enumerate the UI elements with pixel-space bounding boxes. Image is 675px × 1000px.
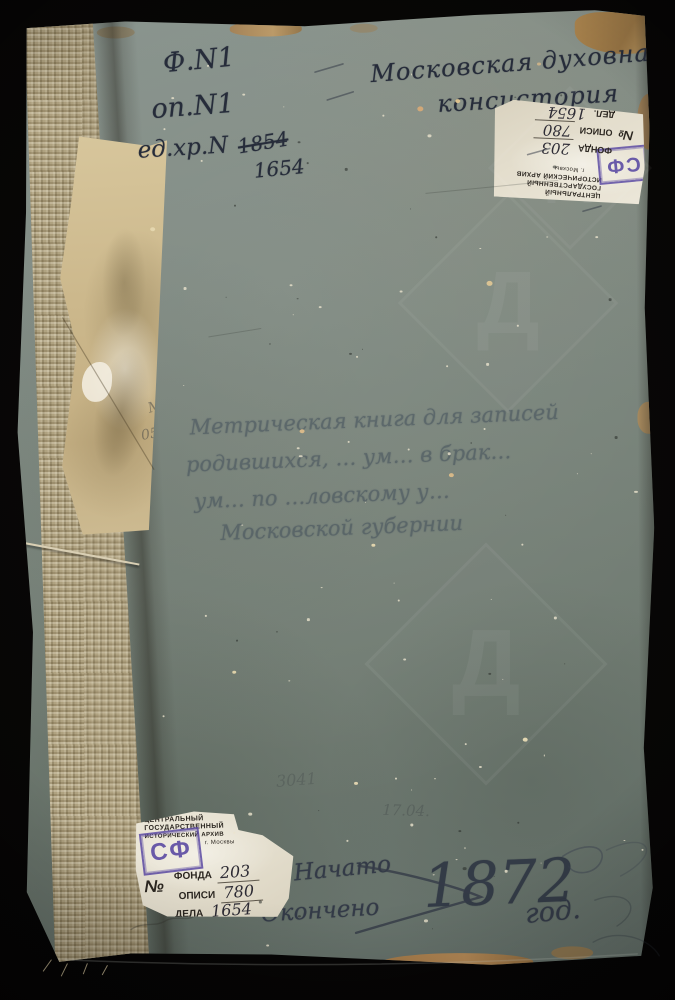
speckle	[150, 227, 155, 231]
speckle	[432, 928, 433, 929]
watermark-letter: Д	[547, 131, 593, 205]
speckle	[231, 900, 232, 901]
speckle	[432, 874, 434, 876]
speckle	[183, 288, 186, 290]
speckle	[410, 823, 413, 826]
speckle	[345, 168, 348, 171]
speckle	[299, 455, 302, 458]
speckle	[205, 615, 207, 616]
speckle	[356, 355, 358, 357]
speckle	[258, 900, 261, 903]
speckle	[614, 436, 617, 439]
pencil-date-note: 17.04.	[382, 801, 430, 820]
burlap-fray	[43, 960, 107, 976]
pencil-number-note: 3041	[275, 769, 317, 791]
speckle	[234, 204, 236, 206]
speckle	[395, 778, 397, 779]
speckle	[225, 297, 226, 298]
speckle	[171, 97, 173, 99]
new-item-number: 1654	[253, 154, 306, 183]
speckle	[233, 832, 235, 834]
number-sign: №	[144, 877, 164, 898]
speckle	[505, 870, 508, 873]
speckle	[162, 715, 165, 717]
speckle	[300, 429, 305, 433]
item-number-note: ед.хр.N	[137, 132, 229, 163]
speckle	[400, 290, 402, 292]
year-word-note: год.	[524, 894, 582, 930]
worn-patch	[381, 953, 533, 972]
speckle	[455, 99, 460, 103]
watermark-letter: Д	[452, 609, 520, 719]
tape-stain	[101, 227, 147, 338]
speckle	[397, 599, 399, 601]
speckle	[407, 449, 409, 451]
watermark-letter: Д	[477, 252, 540, 354]
book-cover-photo: М38 0580/ Ф.N1 оп.N1 ед.хр.N 1854 1654 М…	[0, 0, 675, 1000]
speckle	[417, 106, 423, 111]
speckle	[349, 352, 352, 355]
speckle	[297, 141, 300, 143]
speckle	[307, 619, 310, 621]
speckle	[449, 473, 454, 477]
speckle	[463, 867, 466, 870]
worn-patch	[230, 21, 302, 37]
speckle	[544, 755, 546, 756]
speckle	[306, 163, 308, 164]
speckle	[347, 441, 349, 443]
speckle	[642, 849, 644, 851]
speckle	[428, 134, 432, 137]
speckle	[298, 916, 300, 918]
speckle	[515, 97, 516, 98]
paper-speckles	[5, 8, 657, 13]
speckle	[249, 813, 252, 816]
opis-number-note: оп.N1	[150, 88, 235, 125]
speckle	[207, 65, 209, 67]
speckle	[435, 236, 437, 238]
speckle	[456, 859, 457, 860]
speckle	[320, 587, 322, 588]
speckle	[283, 106, 284, 107]
speckle	[297, 447, 299, 449]
speckle	[346, 840, 348, 841]
